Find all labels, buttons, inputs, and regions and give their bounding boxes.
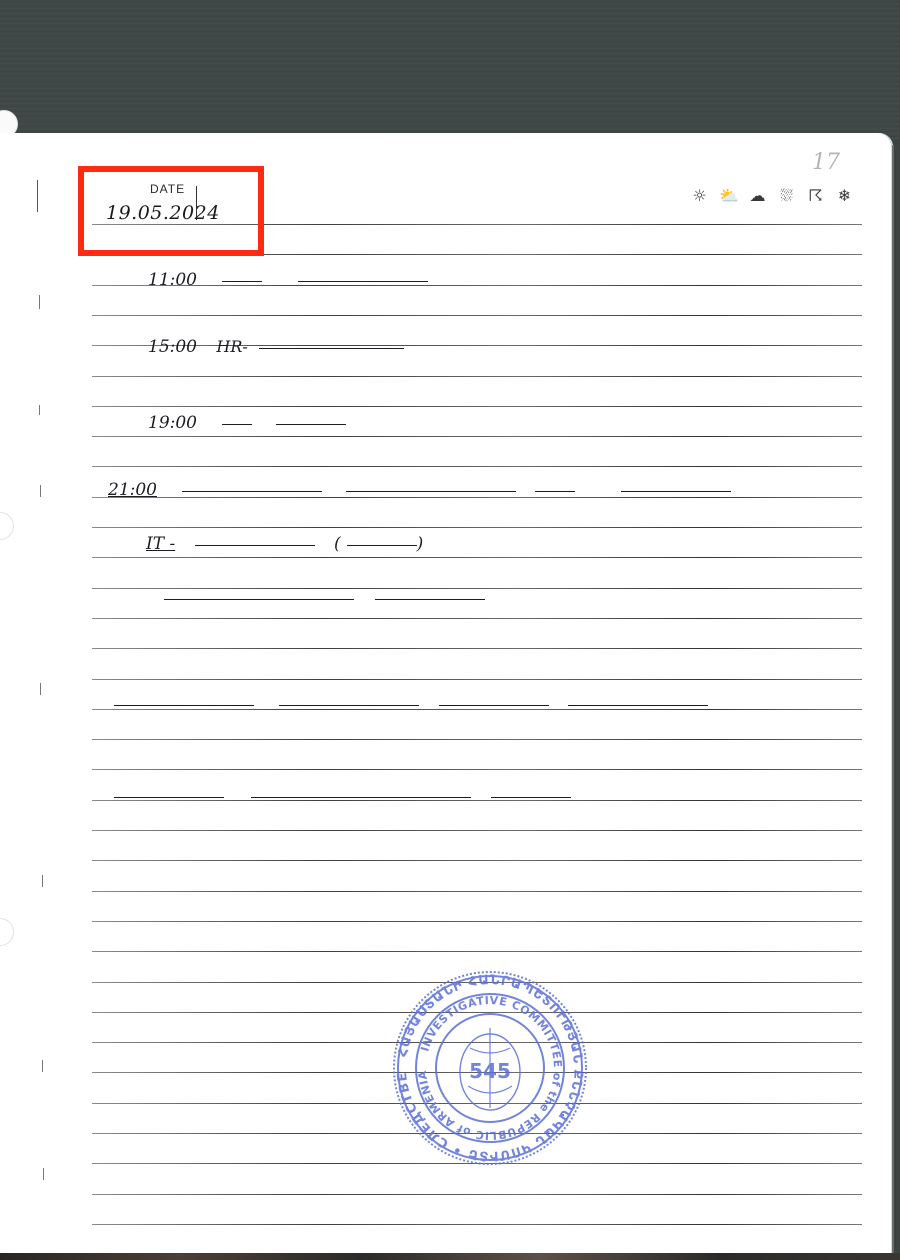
date-label: DATE xyxy=(150,182,185,196)
handwritten-text xyxy=(279,703,419,706)
margin-mark xyxy=(40,683,41,695)
handwritten-text xyxy=(347,543,417,546)
handwritten-text xyxy=(568,703,708,706)
rain-icon: ⛆ xyxy=(777,186,796,206)
ruled-line xyxy=(92,527,862,528)
handwritten-text xyxy=(298,279,428,282)
ruled-line xyxy=(92,648,862,649)
ruled-line xyxy=(92,376,862,377)
page-number: 17 xyxy=(812,150,840,175)
date-highlight-box: DATE 19.05.2024 xyxy=(78,166,264,256)
snowflake-icon: ❄ xyxy=(835,186,854,206)
entry-prefix: HR- xyxy=(216,337,247,356)
ruled-line xyxy=(92,739,862,740)
margin-mark xyxy=(42,1060,43,1072)
ruled-line xyxy=(92,466,862,467)
scanner-background-top xyxy=(0,0,900,140)
ruled-line xyxy=(92,315,862,316)
margin-mark xyxy=(37,180,38,212)
handwritten-text xyxy=(491,795,571,798)
page-edge xyxy=(892,145,894,1253)
ruled-line xyxy=(92,860,862,861)
official-stamp: ՀԱՅԱՍՏԱՆԻ ՀԱՆՐԱՊԵՏՈՒԹՅԱՆ ՔՆՆՉԱԿԱՆ ԿՈՄԻՏԵ… xyxy=(390,968,590,1168)
handwritten-text xyxy=(114,795,224,798)
date-value: 19.05.2024 xyxy=(106,202,220,224)
entry-line xyxy=(158,588,485,608)
handwritten-text xyxy=(251,795,471,798)
handwritten-text xyxy=(276,422,346,425)
svg-text:545: 545 xyxy=(469,1059,511,1083)
ruled-line xyxy=(92,1224,862,1225)
handwritten-text: ( xyxy=(334,534,341,554)
scanner-background-bottom xyxy=(0,1253,900,1260)
handwritten-text xyxy=(195,543,315,546)
entry-time: 11:00 xyxy=(148,270,197,290)
ruled-line xyxy=(92,769,862,770)
ruled-line xyxy=(92,679,862,680)
margin-mark xyxy=(39,295,40,309)
entry-line: 15:00 HR- xyxy=(148,337,404,357)
handwritten-text xyxy=(182,489,322,492)
entry-line: 11:00 xyxy=(148,270,428,290)
entry-line: 19:00 xyxy=(148,413,346,433)
margin-mark xyxy=(39,405,40,415)
handwritten-text xyxy=(222,422,252,425)
handwritten-text xyxy=(621,489,731,492)
ruled-line xyxy=(92,830,862,831)
handwritten-text: ) xyxy=(417,534,424,554)
partly-cloudy-icon: ⛅ xyxy=(719,186,738,206)
entry-line xyxy=(108,694,708,714)
handwritten-text xyxy=(346,489,516,492)
weather-icon-row: ☼ ⛅ ☁ ⛆ ☈ ❄ xyxy=(690,186,854,206)
entry-time: 19:00 xyxy=(148,413,197,433)
handwritten-text xyxy=(114,703,254,706)
ruled-line xyxy=(92,406,862,407)
handwritten-text xyxy=(259,346,404,349)
ruled-line xyxy=(92,891,862,892)
handwritten-text xyxy=(375,597,485,600)
margin-mark xyxy=(43,1168,44,1180)
handwritten-text xyxy=(164,597,354,600)
cloud-icon: ☁ xyxy=(748,186,767,206)
ruled-line xyxy=(92,557,862,558)
ruled-line xyxy=(92,436,862,437)
handwritten-text xyxy=(535,489,575,492)
sun-icon: ☼ xyxy=(690,186,709,206)
entry-line: IT - () xyxy=(146,534,423,554)
entry-time: 21:00 xyxy=(108,480,157,500)
ruled-line xyxy=(92,1194,862,1195)
margin-mark xyxy=(40,485,41,497)
entry-time: 15:00 xyxy=(148,337,197,357)
ruled-line xyxy=(92,921,862,922)
ruled-line xyxy=(92,951,862,952)
handwritten-text xyxy=(222,279,262,282)
thunderstorm-icon: ☈ xyxy=(806,186,825,206)
handwritten-text xyxy=(439,703,549,706)
entry-line: 21:00 xyxy=(108,480,731,500)
entry-prefix: IT - xyxy=(146,534,175,554)
ruled-line xyxy=(92,618,862,619)
margin-mark xyxy=(42,875,43,887)
entry-line xyxy=(108,786,571,806)
